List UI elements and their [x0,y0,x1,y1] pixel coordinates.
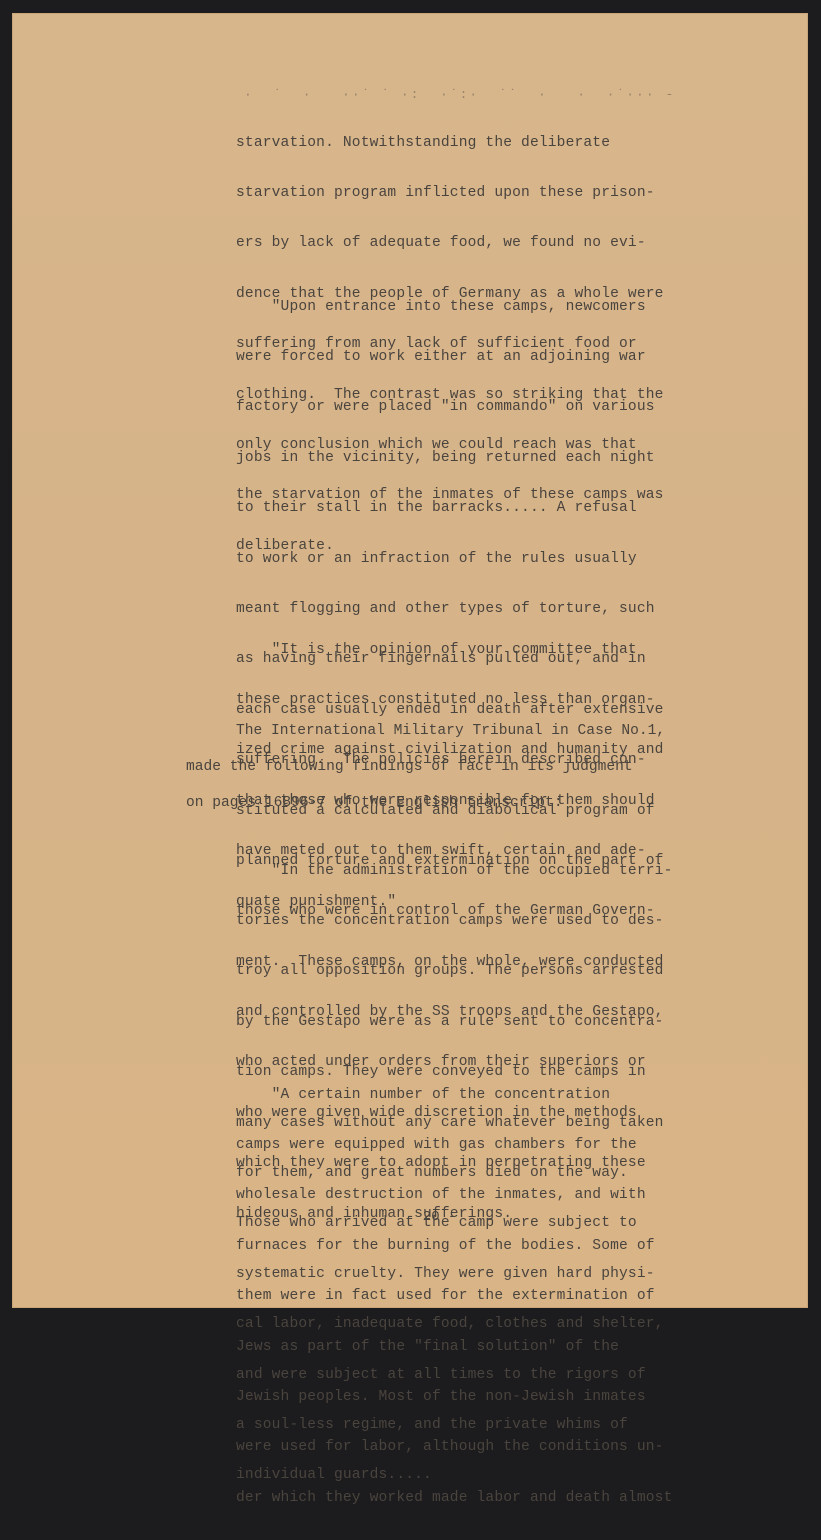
tribunal-intro-line-2: made the following findings of fact in i… [186,759,633,775]
text-line: ers by lack of adequate food, we found n… [236,235,664,252]
text-line: troy all opposition groups. The persons … [236,963,672,980]
header-smudge: · ˙ · ··˙ ˙ ·: ·˙:· ˙˙ · · ·˙··· - [244,87,675,102]
text-line: "Upon entrance into these camps, newcome… [236,299,664,316]
text-line: "A certain number of the concentration [236,1087,672,1104]
text-line: ized crime against civilization and huma… [236,742,664,759]
page-number: - 20 - [406,1209,456,1225]
text-line: camps were equipped with gas chambers fo… [236,1137,672,1154]
paragraph-6: "A certain number of the concentration c… [236,1053,672,1321]
text-line: them were in fact used for the extermina… [236,1288,672,1305]
text-line: starvation program inflicted upon these … [236,185,664,202]
text-line: "It is the opinion of your committee tha… [236,642,664,659]
text-line: wholesale destruction of the inmates, an… [236,1187,672,1204]
text-line: tories the concentration camps were used… [236,913,672,930]
text-line: furnaces for the burning of the bodies. … [236,1238,672,1255]
text-line: factory or were placed "in commando" on … [236,399,664,416]
tribunal-intro-line-1: The International Military Tribunal in C… [236,723,665,739]
text-line: starvation. Notwithstanding the delibera… [236,135,664,152]
text-line: to their stall in the barracks..... A re… [236,500,664,517]
tribunal-intro-line-3: on pages 16896-7 of the English transcri… [186,795,563,811]
text-line: these practices constituted no less than… [236,692,664,709]
document-page: · ˙ · ··˙ ˙ ·: ·˙:· ˙˙ · · ·˙··· - starv… [12,13,808,1308]
text-line: by the Gestapo were as a rule sent to co… [236,1014,672,1031]
text-line: to work or an infraction of the rules us… [236,551,664,568]
text-line: were forced to work either at an adjoini… [236,349,664,366]
text-line: "In the administration of the occupied t… [236,863,672,880]
text-line: jobs in the vicinity, being returned eac… [236,450,664,467]
